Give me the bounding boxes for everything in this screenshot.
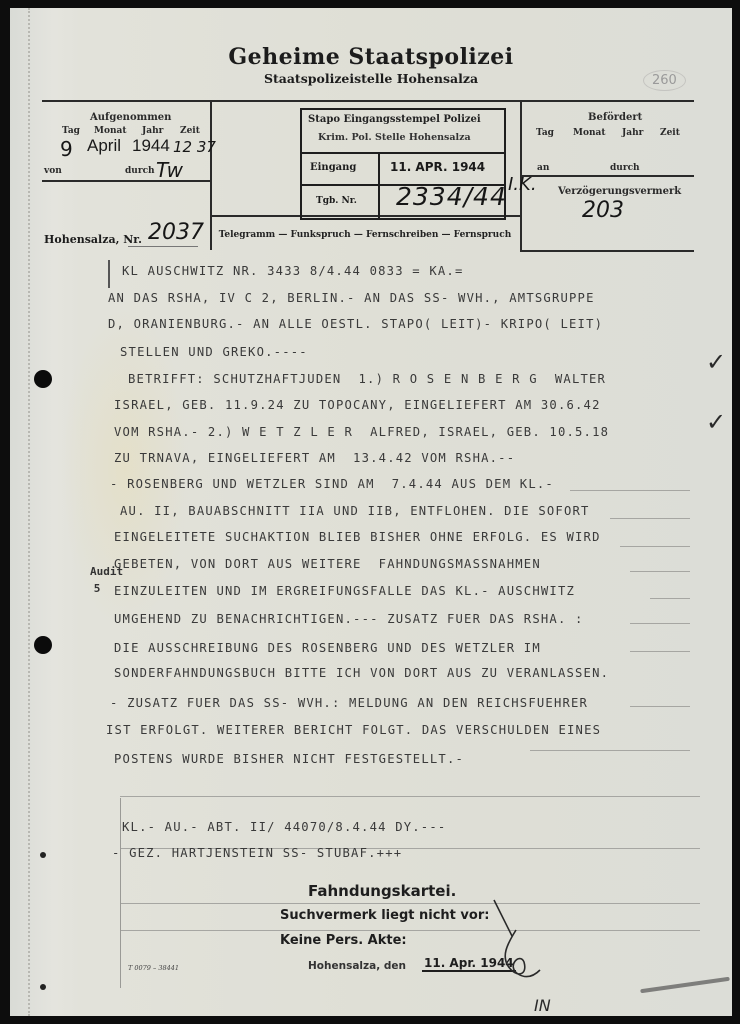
label-jahr: Jahr (142, 126, 163, 136)
message-line: AU. II, BAUABSCHNITT IIA UND IIB, ENTFLO… (120, 504, 590, 518)
message-line: GEBETEN, VON DORT AUS WEITERE FAHNDUNGSM… (114, 557, 541, 571)
label-tag: Tag (62, 126, 80, 136)
form-code: T 0079 – 38441 (128, 964, 179, 972)
message-line: EINZULEITEN UND IM ERGREIFUNGSFALLE DAS … (114, 584, 575, 598)
form-divider-left (210, 100, 212, 250)
received-box-bottom (42, 180, 210, 182)
message-line: UMGEHEND ZU BENACHRICHTIGEN.--- ZUSATZ F… (114, 612, 584, 626)
message-line: DIE AUSSCHREIBUNG DES ROSENBERG UND DES … (114, 641, 541, 655)
fw-label-zeit: Zeit (660, 128, 680, 138)
received-day: 9 (60, 137, 73, 161)
page-subtitle: Staatspolizeistelle Hohensalza (10, 71, 732, 86)
entry-stamp: Stapo Eingangsstempel Polizei Krim. Pol.… (300, 108, 506, 220)
stamp-line-1: Stapo Eingangsstempel Polizei (308, 114, 481, 125)
message-line: AN DAS RSHA, IV C 2, BERLIN.- AN DAS SS-… (108, 291, 595, 305)
search-stamp-title: Fahndungskartei. (308, 882, 456, 900)
delay-value: 203 (582, 198, 624, 223)
number-underline (128, 246, 198, 247)
forwarded-box-bottom (520, 175, 694, 177)
received-time: 12 37 (173, 138, 216, 156)
signature-line: - GEZ. HARTJENSTEIN SS- STUBAF.+++ (112, 846, 402, 860)
fw-label-an: an (537, 163, 549, 173)
message-line: D, ORANIENBURG.- AN ALLE OESTL. STAPO( L… (108, 317, 603, 331)
fw-label-durch: durch (610, 163, 640, 173)
eingang-label: Eingang (310, 162, 356, 173)
page-curl-shadow (640, 977, 730, 993)
checkmark-icon: ✓ (706, 408, 726, 436)
number-value: 2037 (148, 220, 204, 245)
document-page: Geheime Staatspolizei Staatspolizeistell… (10, 8, 732, 1016)
channel-line: Telegramm — Funkspruch — Fernschreiben —… (210, 230, 520, 240)
punch-hole (34, 636, 52, 654)
eingang-date: 11. APR. 1944 (390, 160, 485, 174)
message-line: - ZUSATZ FUER DAS SS- WVH.: MELDUNG AN D… (110, 696, 588, 710)
delay-box-bottom (520, 250, 694, 252)
checkmark-icon: ✓ (706, 348, 726, 376)
perforation-edge (28, 8, 30, 1016)
search-stamp-line1: Suchvermerk liegt nicht vor: (280, 908, 489, 923)
received-year: 1944 (132, 136, 170, 156)
page-number-stamp: 260 (643, 70, 686, 91)
message-line: IST ERFOLGT. WEITERER BERICHT FOLGT. DAS… (106, 723, 601, 737)
message-line: STELLEN UND GREKO.---- (120, 345, 308, 359)
label-von: von (44, 166, 62, 176)
message-line: BETRIFFT: SCHUTZHAFTJUDEN 1.) R O S E N … (128, 372, 606, 386)
message-line: EINGELEITETE SUCHAKTION BLIEB BISHER OHN… (114, 530, 601, 544)
received-by-initials: Tw (156, 158, 183, 182)
fw-label-monat: Monat (573, 128, 606, 138)
message-line: KL AUSCHWITZ NR. 3433 8/4.44 0833 = KA.= (122, 264, 464, 278)
search-stamp-line2: Keine Pers. Akte: (280, 933, 407, 948)
tgb-label: Tgb. Nr. (316, 196, 357, 206)
message-line: ISRAEL, GEB. 11.9.24 ZU TOPOCANY, EINGEL… (114, 398, 601, 412)
message-line: POSTENS WURDE BISHER NICHT FESTGESTELLT.… (114, 752, 464, 766)
bottom-initials: IN (534, 996, 551, 1015)
forwarded-heading: Befördert (588, 112, 642, 123)
stamp-line-2: Krim. Pol. Stelle Hohensalza (318, 132, 471, 143)
signature-line: KL.- AU.- ABT. II/ 44070/8.4.44 DY.--- (122, 820, 446, 834)
label-monat: Monat (94, 126, 127, 136)
message-line: SONDERFAHNDUNGSBUCH BITTE ICH VON DORT A… (114, 666, 609, 680)
margin-vertical-text: Audit 5 (90, 563, 104, 597)
punch-hole (34, 370, 52, 388)
received-heading: Aufgenommen (90, 112, 171, 123)
tgb-number: 2334/44 (396, 182, 507, 211)
number-label: Hohensalza, Nr. (44, 233, 142, 246)
search-stamp-place: Hohensalza, den (308, 960, 406, 972)
form-top-border (42, 100, 694, 102)
page-title: Geheime Staatspolizei (10, 44, 732, 70)
fw-label-tag: Tag (536, 128, 554, 138)
label-durch: durch (125, 166, 155, 176)
tgb-suffix: I.K. (508, 174, 537, 195)
label-zeit: Zeit (180, 126, 200, 136)
message-line: - ROSENBERG UND WETZLER SIND AM 7.4.44 A… (110, 477, 554, 491)
fw-label-jahr: Jahr (622, 128, 643, 138)
message-line: ZU TRNAVA, EINGELIEFERT AM 13.4.42 VOM R… (114, 451, 515, 465)
received-month: April (87, 136, 121, 156)
delay-heading: Verzögerungsvermerk (558, 186, 681, 197)
message-line: VOM RSHA.- 2.) W E T Z L E R ALFRED, ISR… (114, 425, 609, 439)
signature-scribble-icon (488, 896, 548, 986)
